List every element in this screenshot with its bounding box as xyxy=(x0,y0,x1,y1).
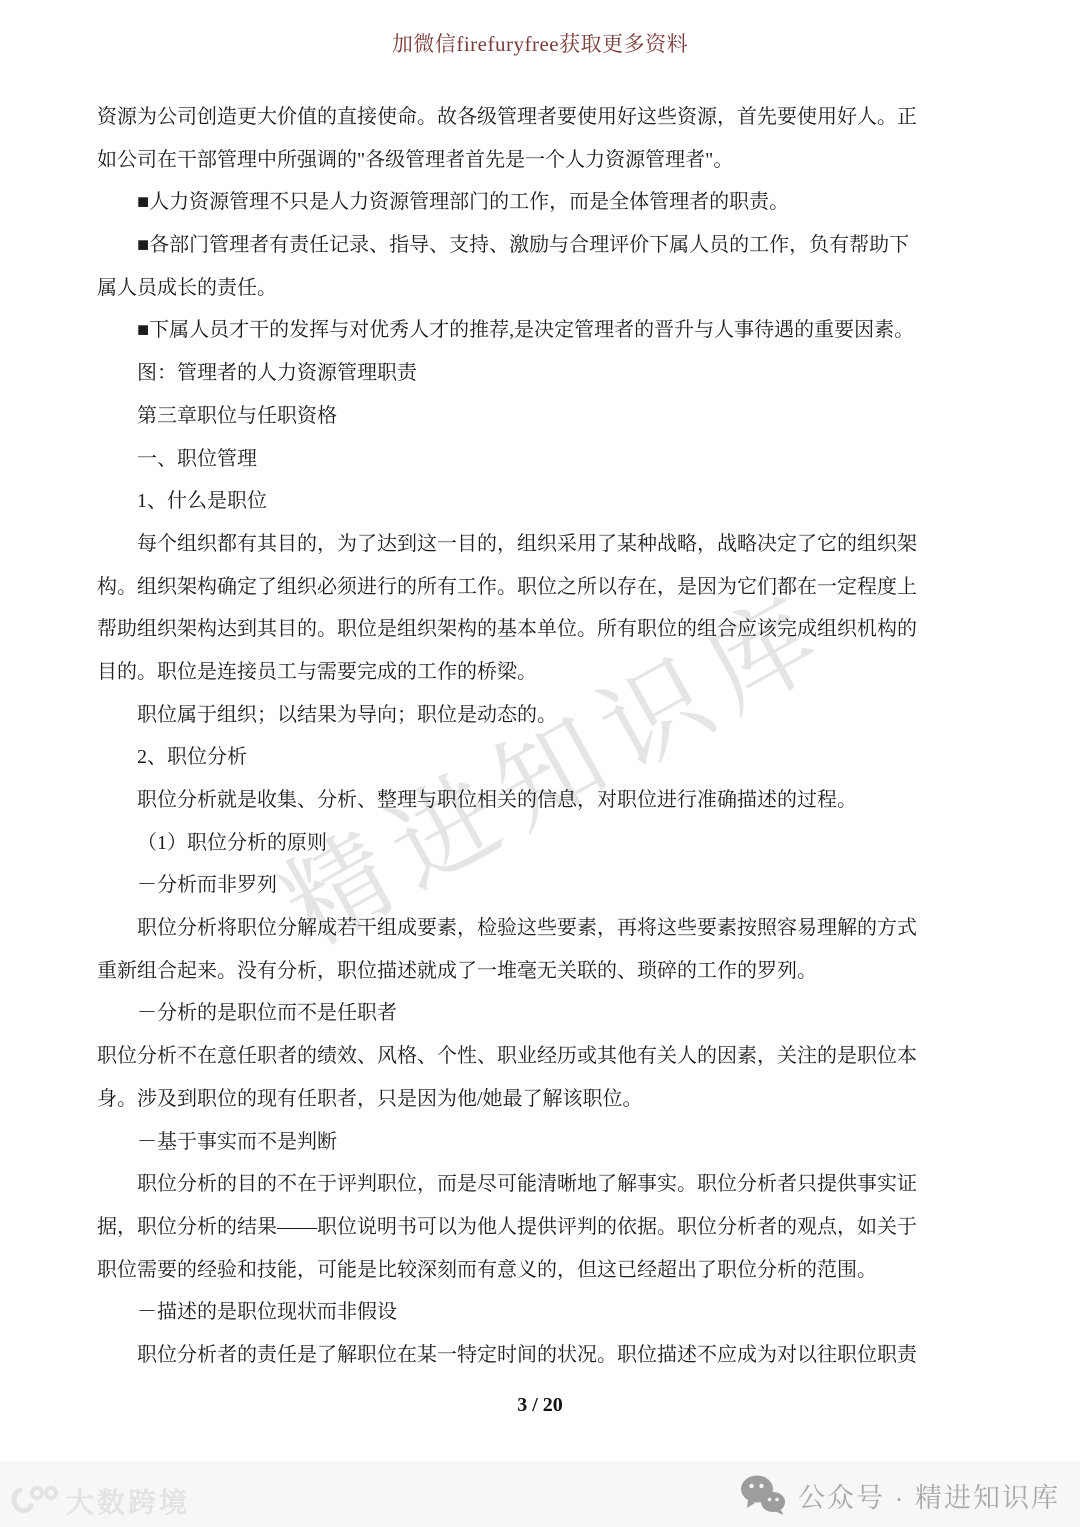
text-line: －分析而非罗列 xyxy=(97,864,983,907)
text-line: 资源为公司创造更大价值的直接使命。故各级管理者要使用好这些资源，首先要使用好人。… xyxy=(97,96,983,139)
text-line: 职位需要的经验和技能，可能是比较深刻而有意义的，但这已经超出了职位分析的范围。 xyxy=(97,1249,983,1292)
text-line: 构。组织架构确定了组织必须进行的所有工作。职位之所以存在，是因为它们都在一定程度… xyxy=(97,566,983,609)
text-line: 帮助组织架构达到其目的。职位是组织架构的基本单位。所有职位的组合应该完成组织机构… xyxy=(97,608,983,651)
text-line: 第三章职位与任职资格 xyxy=(97,395,983,438)
text-line: ■人力资源管理不只是人力资源管理部门的工作，而是全体管理者的职责。 xyxy=(97,181,983,224)
text-line: 职位分析不在意任职者的绩效、风格、个性、职业经历或其他有关人的因素，关注的是职位… xyxy=(97,1035,983,1078)
document-body: 资源为公司创造更大价值的直接使命。故各级管理者要使用好这些资源，首先要使用好人。… xyxy=(97,96,983,1377)
text-line: 重新组合起来。没有分析，职位描述就成了一堆毫无关联的、琐碎的工作的罗列。 xyxy=(97,950,983,993)
text-line: 一、职位管理 xyxy=(97,438,983,481)
text-line: 1、什么是职位 xyxy=(97,480,983,523)
official-account-label: 公众号 · 精进知识库 xyxy=(798,1476,1060,1515)
text-line: 图：管理者的人力资源管理职责 xyxy=(97,352,983,395)
text-line: 属人员成长的责任。 xyxy=(97,267,983,310)
wechat-icon xyxy=(740,1475,786,1515)
text-line: －分析的是职位而不是任职者 xyxy=(97,992,983,1035)
text-line: 目的。职位是连接员工与需要完成的工作的桥梁。 xyxy=(97,651,983,694)
text-line: （1）职位分析的原则 xyxy=(97,822,983,865)
text-line: 职位分析将职位分解成若干组成要素，检验这些要素，再将这些要素按照容易理解的方式 xyxy=(97,907,983,950)
page-number: 3 / 20 xyxy=(0,1394,1080,1417)
text-line: 职位分析的目的不在于评判职位，而是尽可能清晰地了解事实。职位分析者只提供事实证 xyxy=(97,1163,983,1206)
text-line: 职位分析者的责任是了解职位在某一特定时间的状况。职位描述不应成为对以往职位职责 xyxy=(97,1334,983,1377)
text-line: 职位分析就是收集、分析、整理与职位相关的信息，对职位进行准确描述的过程。 xyxy=(97,779,983,822)
header-promo-notice: 加微信firefuryfree获取更多资料 xyxy=(0,28,1080,58)
text-line: 每个组织都有其目的，为了达到这一目的，组织采用了某种战略，战略决定了它的组织架 xyxy=(97,523,983,566)
text-line: －描述的是职位现状而非假设 xyxy=(97,1291,983,1334)
text-line: 2、职位分析 xyxy=(97,736,983,779)
text-line: 职位属于组织；以结果为导向；职位是动态的。 xyxy=(97,694,983,737)
footer-bar: 大数跨境 公众号 · 精进知识库 xyxy=(0,1461,1080,1527)
official-account-badge: 公众号 · 精进知识库 xyxy=(740,1475,1060,1515)
text-line: ■下属人员才干的发挥与对优秀人才的推荐,是决定管理者的晋升与人事待遇的重要因素。 xyxy=(97,309,983,352)
text-line: 如公司在干部管理中所强调的"各级管理者首先是一个人力资源管理者"。 xyxy=(97,139,983,182)
dashukuajing-logo-label: 大数跨境 xyxy=(66,1481,190,1521)
dashukuajing-logo-icon xyxy=(10,1484,62,1518)
dashukuajing-watermark: 大数跨境 xyxy=(10,1481,190,1521)
text-line: 据，职位分析的结果——职位说明书可以为他人提供评判的依据。职位分析者的观点，如关… xyxy=(97,1206,983,1249)
text-line: －基于事实而不是判断 xyxy=(97,1121,983,1164)
text-line: 身。涉及到职位的现有任职者，只是因为他/她最了解该职位。 xyxy=(97,1078,983,1121)
text-line: ■各部门管理者有责任记录、指导、支持、激励与合理评价下属人员的工作，负有帮助下 xyxy=(97,224,983,267)
